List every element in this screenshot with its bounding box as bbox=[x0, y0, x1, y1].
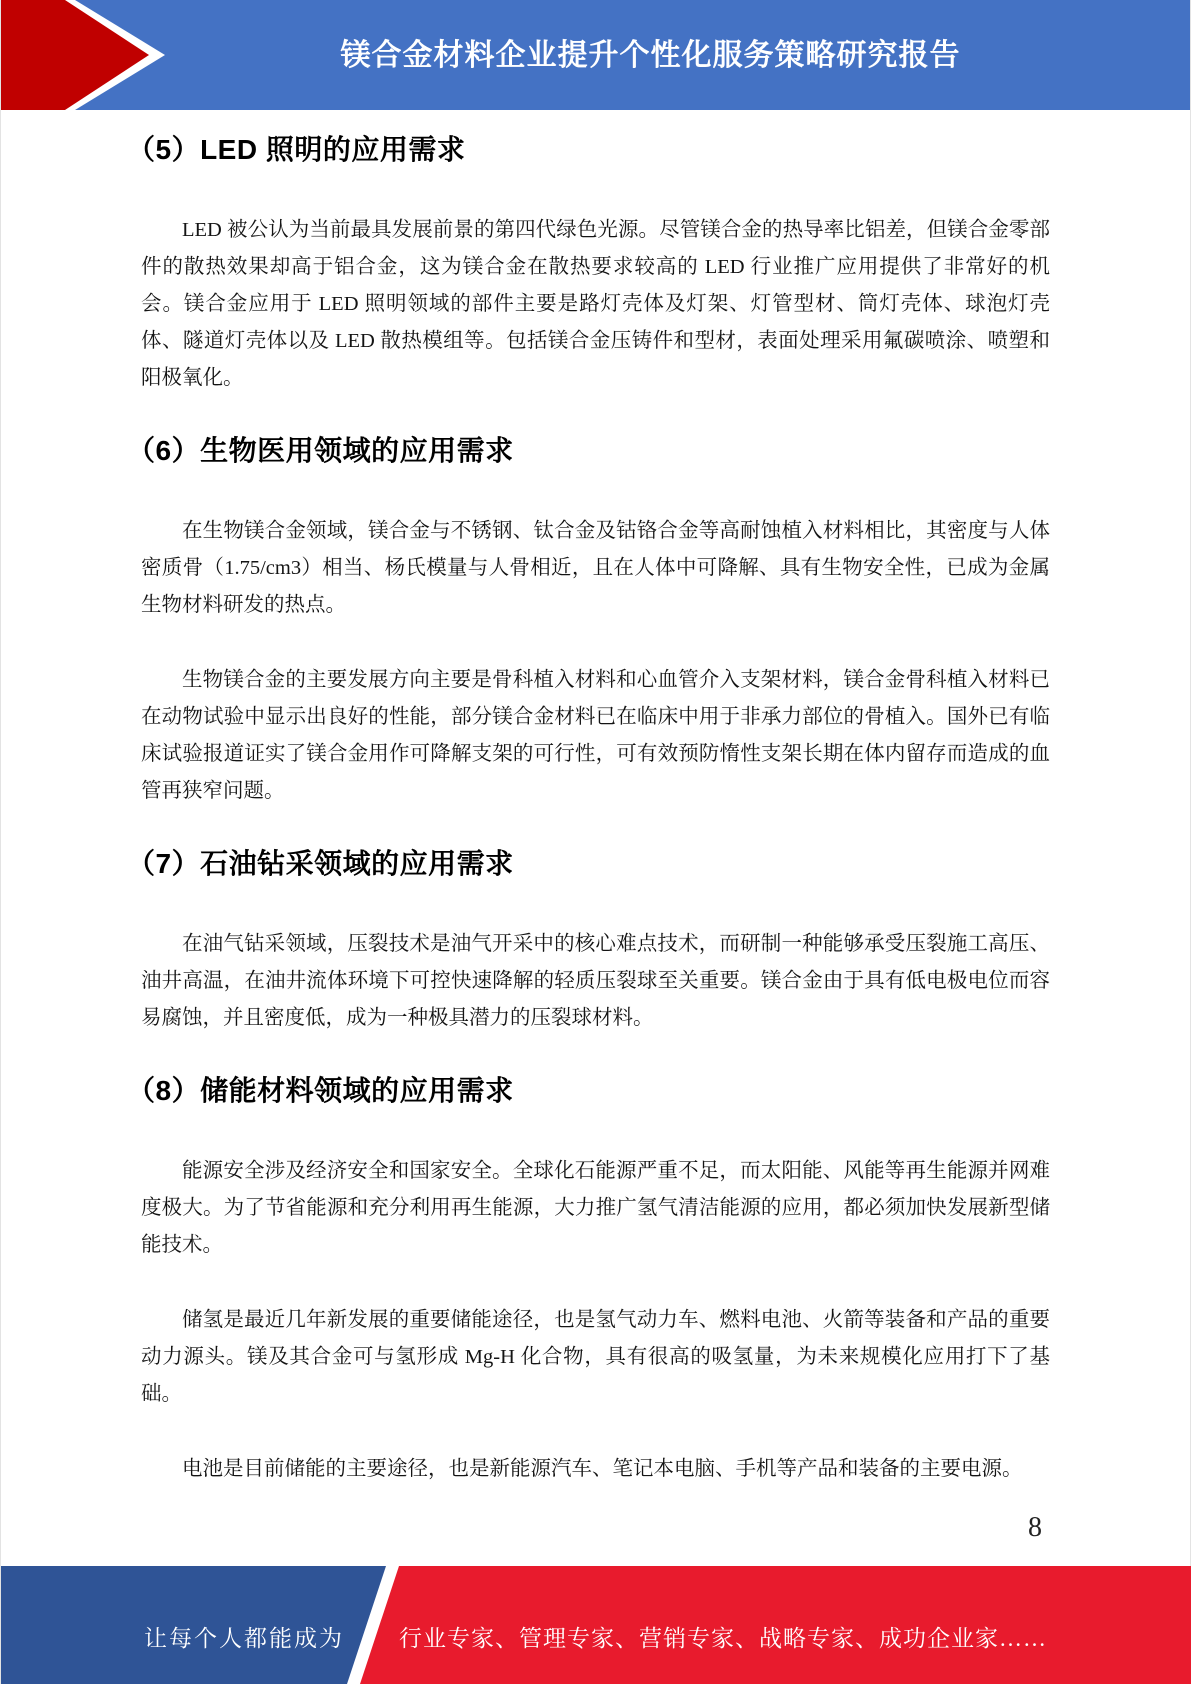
footer-slogan-left: 让每个人都能成为 bbox=[144, 1620, 344, 1653]
report-title: 镁合金材料企业提升个性化服务策略研究报告 bbox=[171, 30, 1130, 74]
paragraph: 能源安全涉及经济安全和国家安全。全球化石能源严重不足，而太阳能、风能等再生能源并… bbox=[141, 1153, 1050, 1264]
chevron-arrow-icon bbox=[1, 0, 153, 110]
section-biomedical: （6）生物医用领域的应用需求 在生物镁合金领域，镁合金与不锈钢、钛合金及钴铬合金… bbox=[141, 435, 1050, 810]
paragraph: LED 被公认为当前最具发展前景的第四代绿色光源。尽管镁合金的热导率比铝差，但镁… bbox=[141, 212, 1050, 397]
footer-slogan-right: 行业专家、管理专家、营销专家、战略专家、成功企业家…… bbox=[399, 1620, 1047, 1653]
page-number: 8 bbox=[1028, 1512, 1042, 1544]
section-energy-storage: （8）储能材料领域的应用需求 能源安全涉及经济安全和国家安全。全球化石能源严重不… bbox=[141, 1075, 1050, 1488]
footer-banner: 让每个人都能成为 行业专家、管理专家、营销专家、战略专家、成功企业家…… bbox=[1, 1566, 1191, 1684]
section-led-lighting: （5）LED 照明的应用需求 LED 被公认为当前最具发展前景的第四代绿色光源。… bbox=[141, 134, 1050, 397]
section-oil-drilling: （7）石油钻采领域的应用需求 在油气钻采领域，压裂技术是油气开采中的核心难点技术… bbox=[141, 848, 1050, 1037]
document-body: （5）LED 照明的应用需求 LED 被公认为当前最具发展前景的第四代绿色光源。… bbox=[1, 110, 1190, 1526]
section-heading: （5）LED 照明的应用需求 bbox=[127, 134, 1050, 166]
section-heading: （7）石油钻采领域的应用需求 bbox=[127, 848, 1050, 880]
document-page: 镁合金材料企业提升个性化服务策略研究报告 （5）LED 照明的应用需求 LED … bbox=[0, 0, 1191, 1684]
paragraph: 电池是目前储能的主要途径，也是新能源汽车、笔记本电脑、手机等产品和装备的主要电源… bbox=[141, 1451, 1050, 1488]
paragraph: 生物镁合金的主要发展方向主要是骨科植入材料和心血管介入支架材料，镁合金骨科植入材… bbox=[141, 662, 1050, 810]
paragraph: 在油气钻采领域，压裂技术是油气开采中的核心难点技术，而研制一种能够承受压裂施工高… bbox=[141, 926, 1050, 1037]
section-heading: （6）生物医用领域的应用需求 bbox=[127, 435, 1050, 467]
paragraph: 在生物镁合金领域，镁合金与不锈钢、钛合金及钴铬合金等高耐蚀植入材料相比，其密度与… bbox=[141, 513, 1050, 624]
paragraph: 储氢是最近几年新发展的重要储能途径，也是氢气动力车、燃料电池、火箭等装备和产品的… bbox=[141, 1302, 1050, 1413]
section-heading: （8）储能材料领域的应用需求 bbox=[127, 1075, 1050, 1107]
header-banner: 镁合金材料企业提升个性化服务策略研究报告 bbox=[1, 0, 1190, 110]
